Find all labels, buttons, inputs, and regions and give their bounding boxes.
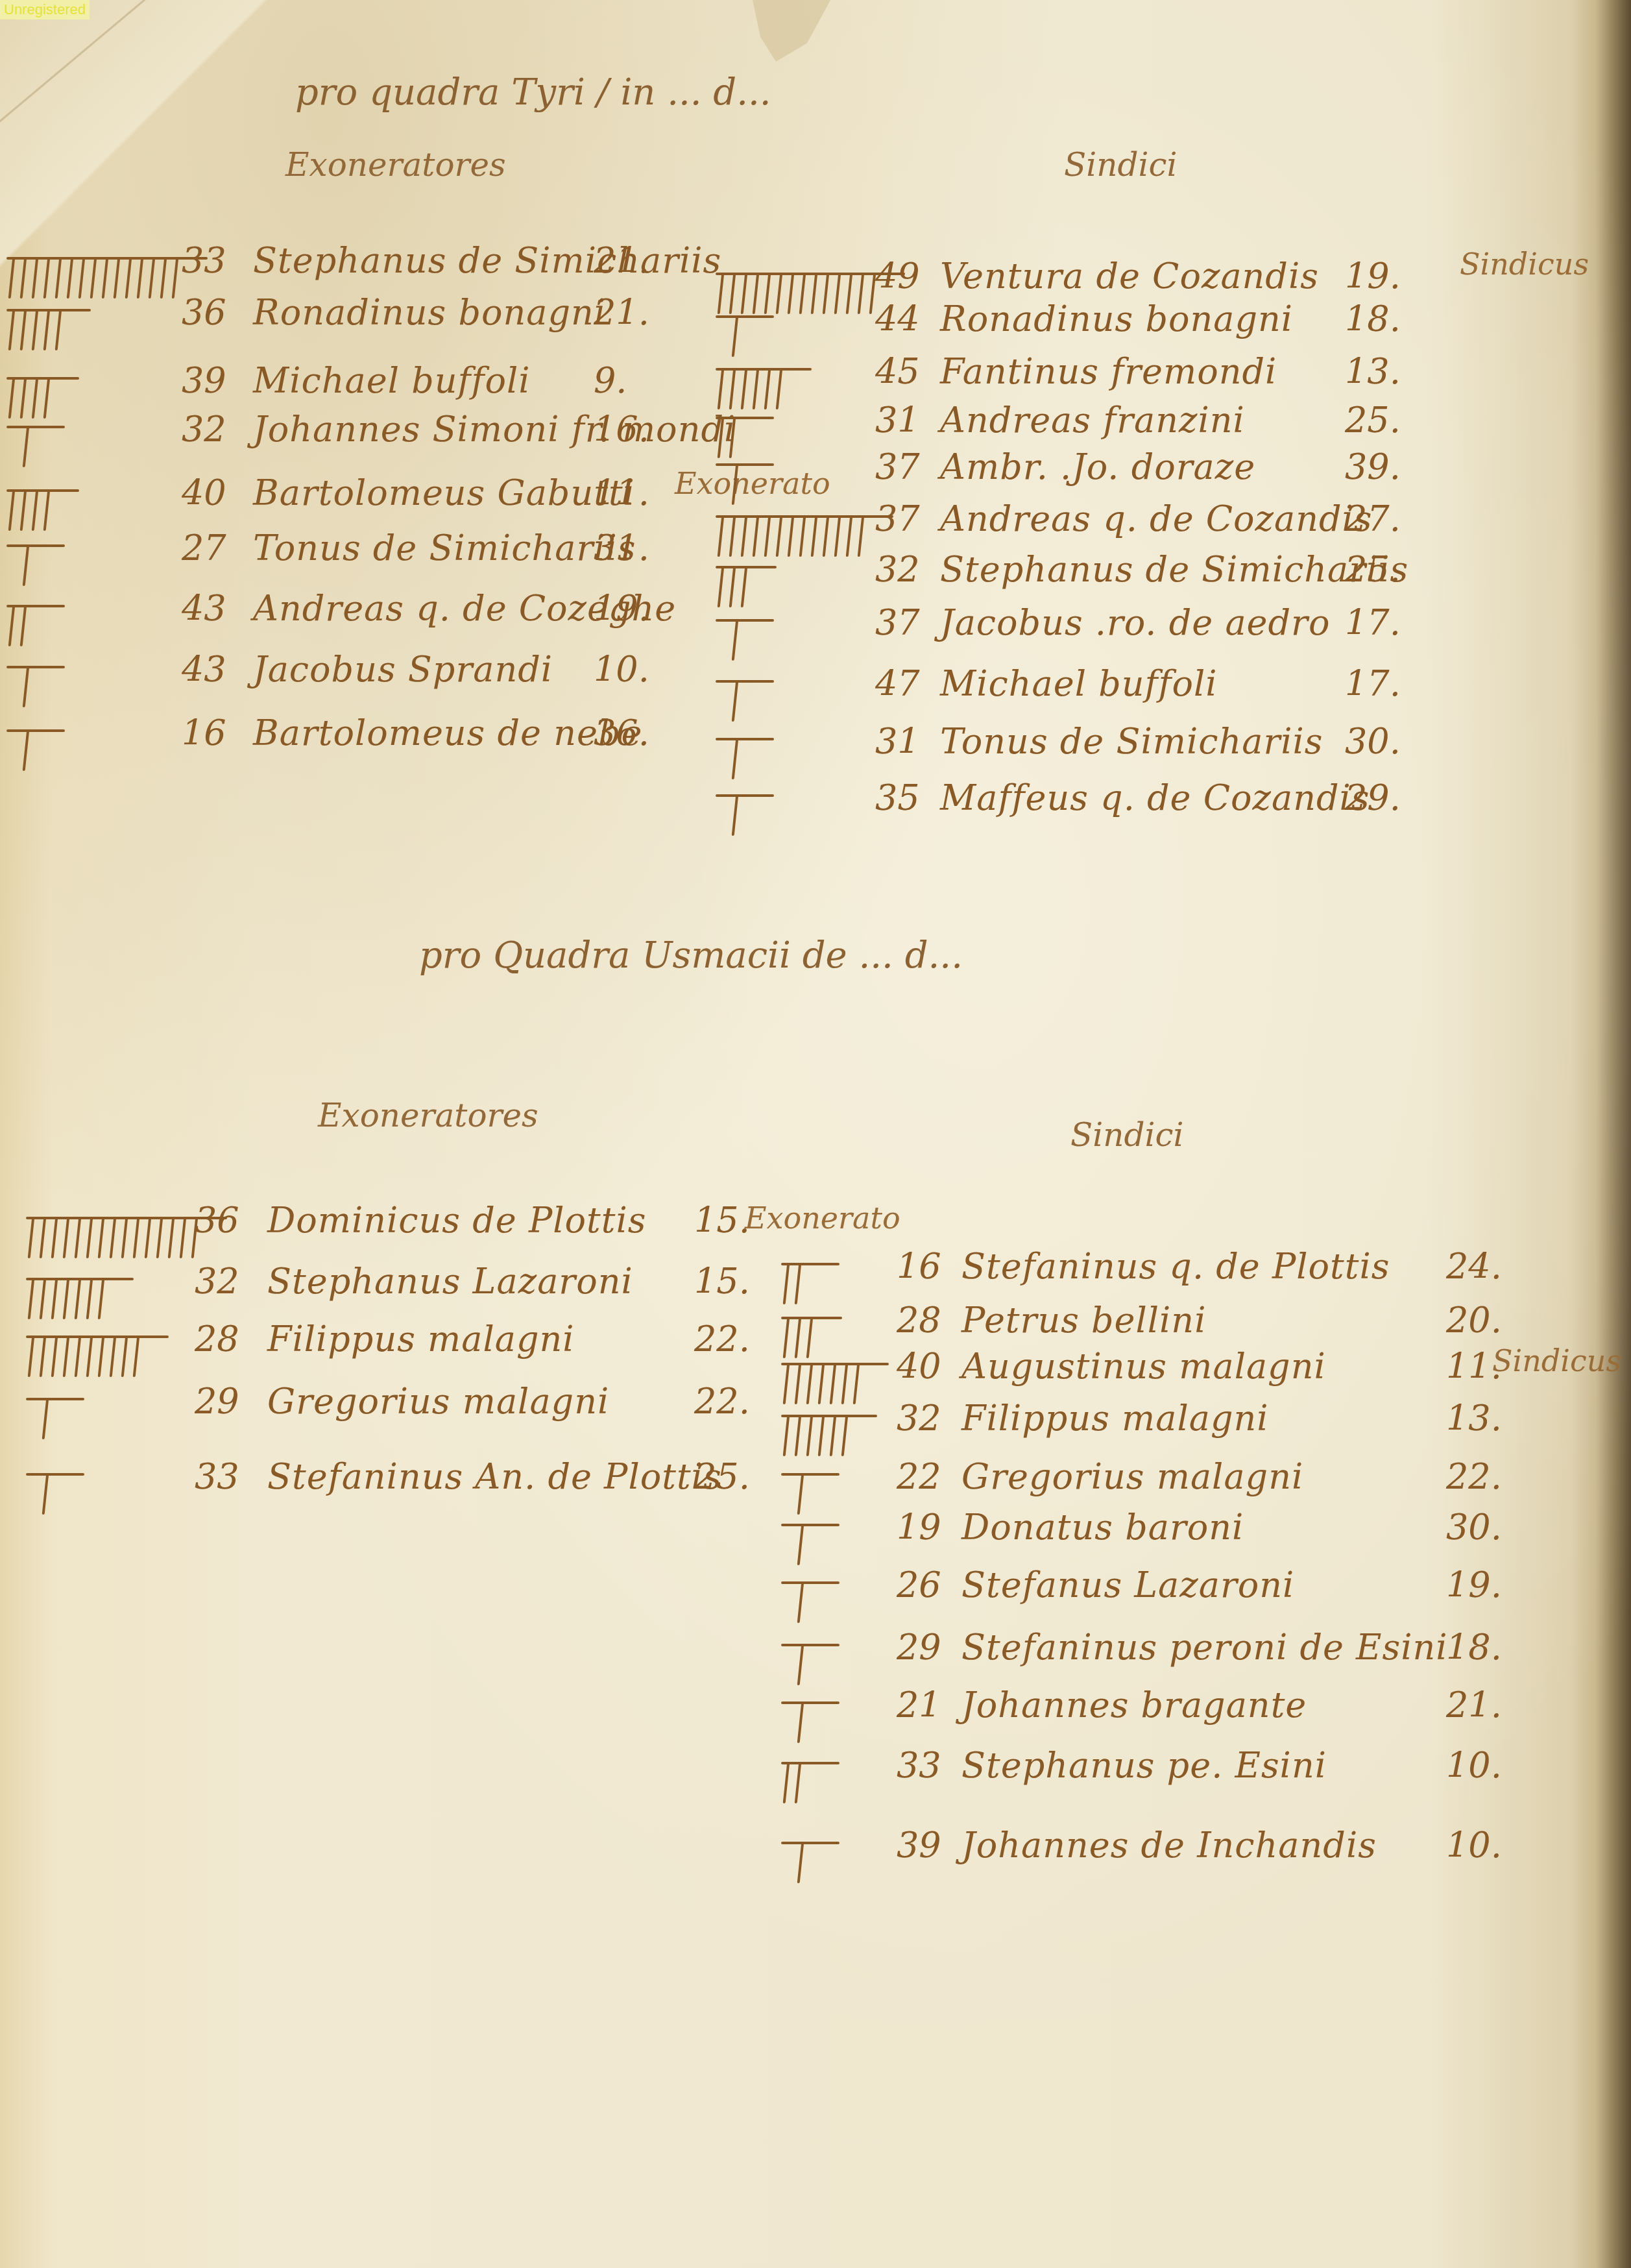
tally-marks [6,422,65,467]
row-value: 22. [694,1381,750,1422]
row-name: Jacobus Sprandi [253,649,553,690]
tally-marks [716,615,774,661]
row-number: 33 [897,1745,941,1786]
row-name: Stefanus Lazaroni [961,1565,1294,1605]
row-value: 39. [1345,446,1401,487]
manuscript-page [0,0,1631,2268]
row-name: Ambr. .Jo. doraze [940,446,1255,487]
row-name: Jacobus .ro. de aedro [940,602,1330,643]
row-name: Bartolomeus Gabutti [253,472,635,513]
row-value: 10. [1446,1745,1502,1786]
row-number: 44 [875,299,920,339]
tally-marks [781,1313,842,1358]
row-name: Stephanus de Simichariis [940,549,1408,590]
tally-marks [6,726,65,771]
row-name: Stephanus de Simichariis [253,240,721,281]
tally-marks [716,562,777,607]
row-number: 16 [897,1246,941,1287]
tally-marks [26,1274,134,1319]
row-name: Stefaninus peroni de Esini [961,1627,1448,1668]
row-value: 21. [594,292,649,333]
section2-left-header: Exoneratores [318,1097,538,1134]
row-number: 32 [897,1398,941,1439]
tally-marks [781,1758,840,1803]
row-value: 21. [594,240,649,281]
row-name: Dominicus de Plottis [267,1200,646,1241]
row-name: Stefaninus An. de Plottis [267,1456,722,1497]
row-number: 47 [875,663,920,704]
row-number: 21 [897,1685,941,1725]
row-number: 36 [195,1200,239,1241]
tally-marks [781,1259,840,1304]
tally-marks [26,1469,84,1515]
row-name: Tonus de Simichariis [940,721,1323,762]
row-number: 28 [195,1319,239,1360]
row-value: 18. [1345,299,1401,339]
row-name: Andreas franzini [940,400,1245,441]
row-value: 13. [1446,1398,1502,1439]
tally-marks [6,485,79,531]
row-name: Ronadinus bonagni [253,292,606,333]
tally-marks [6,373,79,419]
row-number: 37 [875,498,920,539]
section2-margin-note-exonerato: Exonerato [745,1201,900,1236]
row-number: 40 [182,472,226,513]
row-value: 24. [1446,1246,1502,1287]
row-name: Augustinus malagni [961,1346,1326,1387]
tally-marks [781,1469,840,1515]
row-name: Stephanus Lazaroni [267,1261,633,1302]
tally-marks [716,511,893,557]
row-name: Johannes bragante [961,1685,1307,1725]
tally-marks [6,541,65,586]
tally-marks [6,253,208,299]
row-name: Tonus de Simichariis [253,528,636,568]
row-name: Johannes Simoni fr. mondi [253,409,736,450]
tally-marks [781,1640,840,1685]
row-number: 22 [897,1456,941,1497]
tally-marks [26,1394,84,1439]
row-number: 32 [875,549,920,590]
row-value: 15. [694,1200,750,1241]
row-name: Michael buffoli [940,663,1218,704]
row-name: Filippus malagni [267,1319,575,1360]
row-value: 25. [1345,400,1401,441]
row-value: 22. [694,1319,750,1360]
row-value: 31. [594,528,649,568]
row-name: Stephanus pe. Esini [961,1745,1327,1786]
tally-marks [716,311,774,357]
row-value: 25. [694,1456,750,1497]
section2-right-header: Sindici [1070,1116,1183,1154]
row-name: Maffeus q. de Cozandis [940,777,1370,818]
row-value: 10. [594,649,649,690]
row-value: 21. [1446,1685,1502,1725]
row-number: 36 [182,292,226,333]
row-value: 10. [1446,1825,1502,1866]
section1-left-header: Exoneratores [285,146,506,184]
row-value: 11. [1446,1346,1502,1387]
row-number: 33 [182,240,226,281]
row-number: 26 [897,1565,941,1605]
row-number: 19 [897,1507,941,1548]
row-name: Donatus baroni [961,1507,1244,1548]
row-number: 39 [182,360,226,401]
row-number: 49 [875,256,920,297]
row-number: 39 [897,1825,941,1866]
row-name: Bartolomeus de nebe [253,713,642,753]
row-number: 37 [875,602,920,643]
row-number: 33 [195,1456,239,1497]
row-name: Andreas q. de Cozandis [940,498,1373,539]
tally-marks [6,601,65,646]
row-value: 30. [1446,1507,1502,1548]
tally-marks [781,1578,840,1623]
section1-right-header: Sindici [1064,146,1177,184]
row-value: 22. [1446,1456,1502,1497]
row-value: 13. [1345,351,1401,392]
tally-marks [716,364,812,409]
row-name: Gregorius malagni [267,1381,609,1422]
row-number: 28 [897,1300,941,1341]
tally-marks [781,1359,889,1404]
row-number: 43 [182,649,226,690]
row-number: 37 [875,446,920,487]
tally-marks [781,1838,840,1883]
row-value: 36. [594,713,649,753]
tally-marks [26,1332,169,1377]
unregistered-watermark: Unregistered [0,0,90,19]
tally-marks [716,459,774,505]
row-value: 15. [694,1261,750,1302]
section2-margin-note-sindicus: Sindicus [1492,1343,1621,1378]
tally-marks [716,676,774,722]
row-number: 43 [182,588,226,629]
section1-heading: pro quadra Tyri / in ... d... [295,71,771,114]
tally-marks [781,1698,840,1743]
row-number: 29 [195,1381,239,1422]
tally-marks [716,413,774,458]
row-number: 35 [875,777,920,818]
tally-marks [781,1520,840,1565]
tally-marks [6,662,65,707]
row-value: 19. [1446,1565,1502,1605]
row-number: 31 [875,400,920,441]
row-value: 17. [1345,663,1401,704]
row-name: Filippus malagni [961,1398,1269,1439]
section2-heading: pro Quadra Usmacii de ... d... [419,934,963,977]
row-value: 25. [1345,549,1401,590]
row-name: Stefaninus q. de Plottis [961,1246,1390,1287]
row-number: 27 [182,528,226,568]
row-number: 31 [875,721,920,762]
row-name: Johannes de Inchandis [961,1825,1377,1866]
row-value: 16. [594,409,649,450]
row-number: 29 [897,1627,941,1668]
row-number: 32 [195,1261,239,1302]
tally-marks [781,1411,877,1456]
row-value: 18. [1446,1627,1502,1668]
row-value: 17. [1345,602,1401,643]
row-number: 40 [897,1346,941,1387]
row-value: 30. [1345,721,1401,762]
row-number: 45 [875,351,920,392]
row-name: Gregorius malagni [961,1456,1303,1497]
row-name: Petrus bellini [961,1300,1206,1341]
row-value: 27. [1345,498,1401,539]
tally-marks [716,790,774,836]
row-number: 16 [182,713,226,753]
row-value: 9. [594,360,627,401]
tally-marks [6,305,91,350]
row-value: 20. [1446,1300,1502,1341]
row-name: Ventura de Cozandis [940,256,1319,297]
row-number: 32 [182,409,226,450]
tally-marks [716,734,774,779]
row-name: Michael buffoli [253,360,531,401]
row-value: 19. [1345,256,1401,297]
row-value: 19. [594,588,649,629]
row-name: Ronadinus bonagni [940,299,1293,339]
row-value: 29. [1345,777,1401,818]
section1-margin-note-sindicus: Sindicus [1460,247,1589,282]
row-value: 11. [594,472,649,513]
row-name: Fantinus fremondi [940,351,1277,392]
